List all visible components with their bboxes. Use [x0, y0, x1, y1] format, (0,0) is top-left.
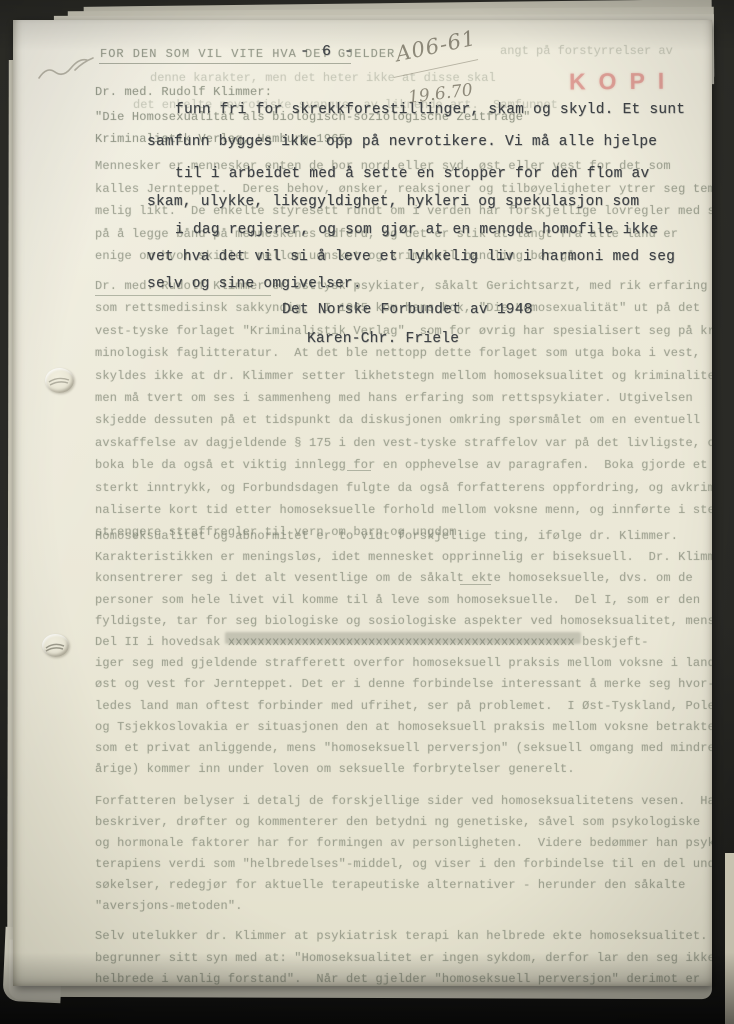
faded-text-line: søkelser, redegjør for aktuelle terapeut…	[95, 879, 686, 891]
document-photo: FOR DEN SOM VIL VITE HVA DET GJELDER Dr.…	[0, 0, 734, 1024]
faded-text-line: skyldes ikke at dr. Klimmer setter likhe…	[95, 370, 712, 382]
typed-quote-line: skam, ulykke, likegyldighet, hykleri og …	[147, 195, 639, 210]
typed-quote-line: samfunn bygges ikke opp på nevrotikere. …	[147, 135, 657, 150]
faded-text-line: avskaffelse av dagjeldende § 175 i den v…	[95, 437, 712, 449]
faded-text-line: men må tvert om ses i sammenheng med han…	[95, 392, 693, 404]
faded-text-line: beskriver, drøfter og kommenterer den be…	[95, 816, 700, 828]
faded-text-line: øst og vest for Jernteppet. Det er i den…	[95, 678, 712, 690]
faded-text-line: og Tsjekkoslovakia er situasjonen den at…	[95, 721, 712, 733]
typed-quote-line: i dag regjerer, og som gjør at en mengde…	[175, 223, 658, 238]
faded-text-line: Selv utelukker dr. Klimmer at psykiatris…	[95, 930, 712, 942]
typed-quote-line: til i arbeidet med å sette en stopper fo…	[175, 167, 649, 182]
typed-quote-line: selv og sine omgivelser.	[147, 277, 362, 292]
ekte-underline	[460, 584, 491, 585]
faded-text-line: Homoseksualitet og abnormitet er to vidt…	[95, 530, 678, 542]
pencil-squiggle-mark	[35, 48, 105, 88]
faded-text-line: og hormonale faktorer har for formingen …	[95, 837, 712, 849]
faded-text-line: kalles Jernteppet. Deres behov, ønsker, …	[95, 183, 712, 195]
klimmer-underline	[95, 295, 271, 296]
faded-text-line: årige) kommer inn under loven om seksuel…	[95, 763, 575, 775]
quote-attribution-organization: Det Norske Forbundet av 1948	[282, 303, 533, 318]
handwritten-archive-code: A06-61	[393, 26, 478, 66]
for-underline	[347, 470, 371, 471]
faded-text-line: Karakteristikken er meningsløs, idet men…	[95, 551, 712, 563]
title-underline	[99, 63, 351, 64]
faded-text-line: fyldigste, tar for seg biologiske og sos…	[95, 615, 712, 627]
document-page: FOR DEN SOM VIL VITE HVA DET GJELDER Dr.…	[13, 20, 712, 986]
faded-text-line: iger seg med gjeldende strafferett overf…	[95, 657, 712, 669]
faded-text-line: helbrede i vanlig forstand". Når det gje…	[95, 973, 700, 985]
faded-text-line: terapiens verdi som "helbredelses"-midde…	[95, 858, 712, 870]
faded-author-line: Dr. med. Rudolf Klimmer:	[95, 86, 272, 98]
faded-text-line: sterkt inntrykk, og Forbundsdagen fulgte…	[95, 482, 712, 494]
background-paper-strip	[725, 853, 734, 1024]
typed-quote-line: vet hva det vil si å leve et lykkelig li…	[147, 250, 675, 265]
punch-hole-shadow-mark	[46, 372, 72, 390]
faded-text-line: som et privat anliggende, mens "homoseks…	[95, 742, 712, 754]
faded-text-line: personer som hele livet vil komme til å …	[95, 594, 700, 606]
quote-attribution-author: Karen-Chr. Friele	[307, 332, 459, 347]
faded-text-line: "aversjons-metoden".	[95, 900, 243, 912]
faded-text-line: boka ble da også et viktig innlegg for e…	[95, 459, 708, 471]
page-number: - 6 -	[300, 44, 355, 59]
faded-text-line: minologisk faglitteratur. At det ble net…	[95, 347, 700, 359]
faded-text-line: skjedde dessuten på et tidspunkt da disk…	[95, 414, 700, 426]
typed-overstrike-correction	[225, 632, 581, 644]
faded-text-line: Forfatteren belyser i detalj de forskjel…	[95, 795, 712, 807]
faded-text-line: konsentrerer seg i det alt vesentlige om…	[95, 572, 693, 584]
kopi-stamp: KOPI	[569, 68, 677, 96]
punch-hole-shadow-mark	[43, 639, 67, 655]
faded-text-line: begrunner sitt syn med at: "Homoseksuali…	[95, 952, 712, 964]
ghost-text-fragment: angt på forstyrrelser av	[500, 44, 673, 58]
faded-text-line: naliserte kort tid etter homoseksuelle f…	[95, 504, 712, 516]
faded-text-line: ledes land man oftest forbinder med ufri…	[95, 700, 712, 712]
